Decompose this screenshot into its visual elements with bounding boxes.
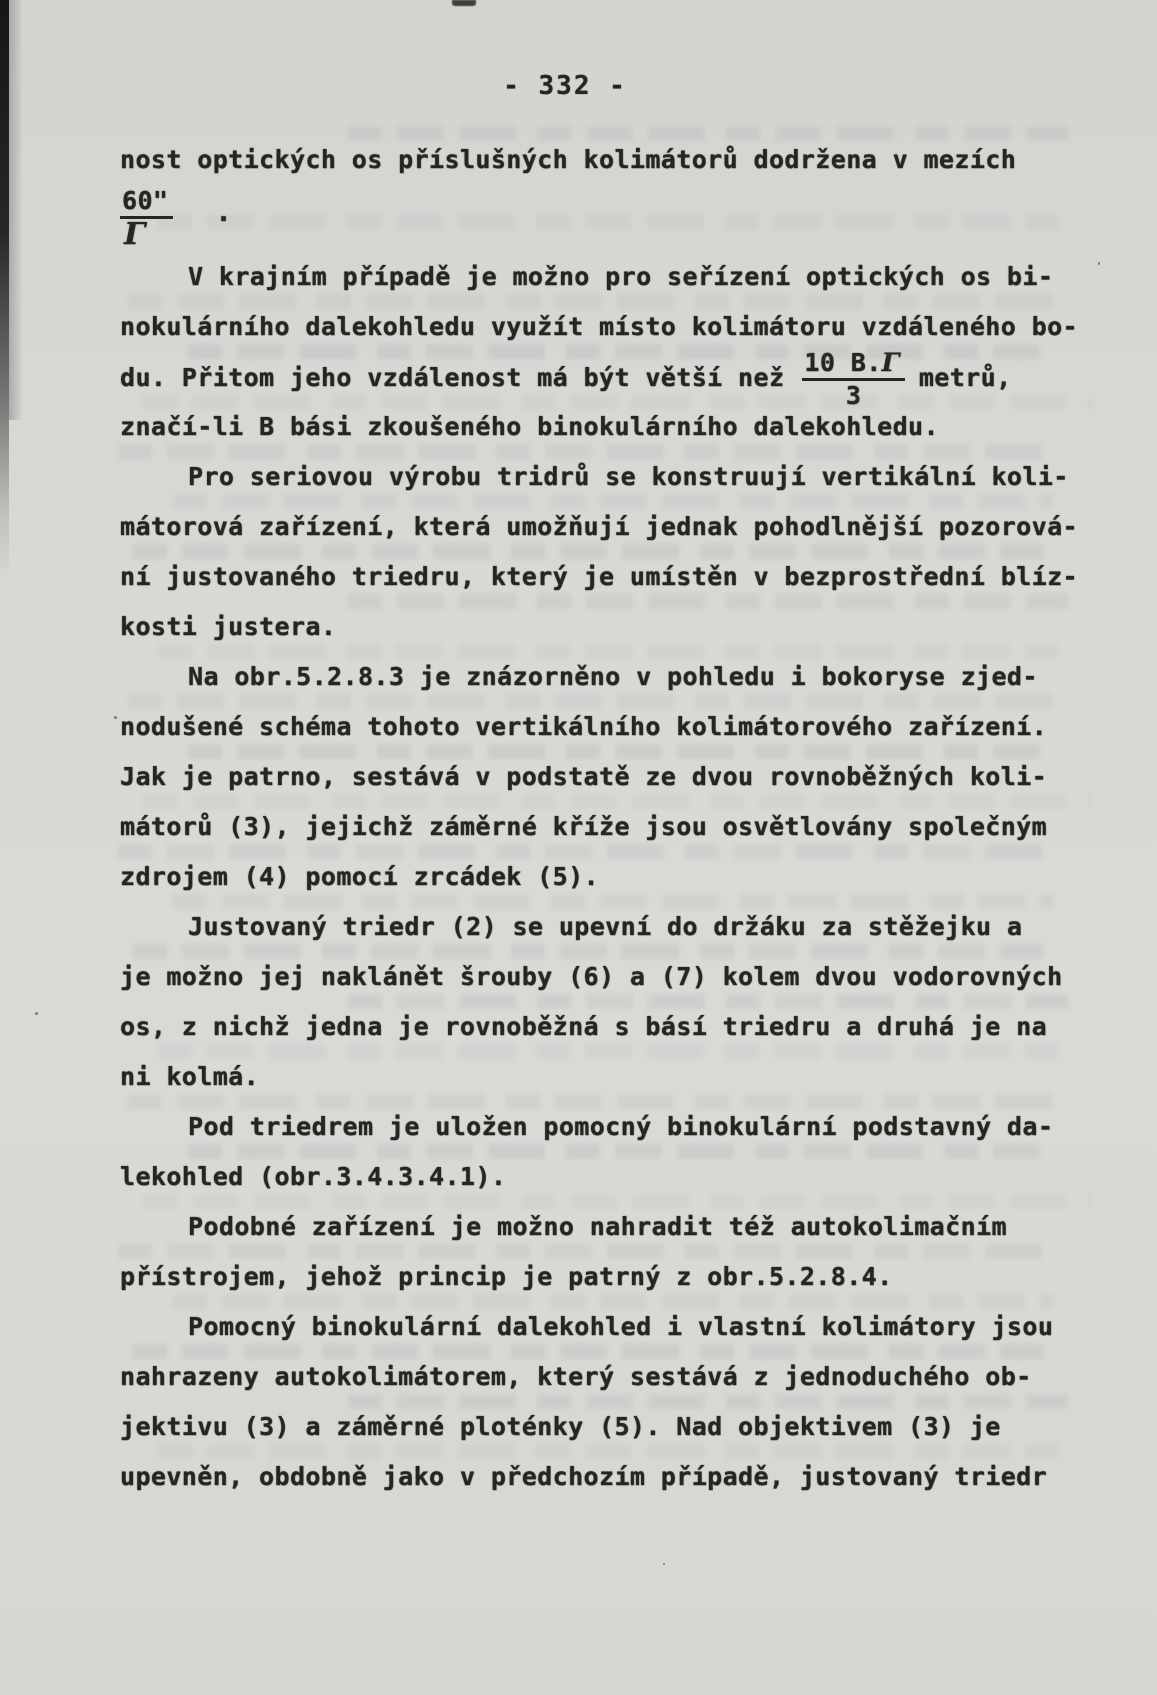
text-line: zdrojem (4) pomocí zrcádek (5). <box>120 852 1100 902</box>
paragraph: 60"Γ. <box>120 185 1100 252</box>
scanned-page: - 332 - nost optických os příslušných ko… <box>0 0 1157 1695</box>
text-line: ni kolmá. <box>120 1052 1100 1102</box>
text-line: 60"Γ. <box>120 185 1100 252</box>
text-line: Pod triedrem je uložen pomocný binokulár… <box>120 1102 1100 1152</box>
paragraph: Podobné zařízení je možno nahradit též a… <box>120 1202 1100 1302</box>
text-line: Justovaný triedr (2) se upevní do držáku… <box>120 902 1100 952</box>
text-line: Jak je patrno, sestává v podstatě ze dvo… <box>120 752 1100 802</box>
paragraph: Justovaný triedr (2) se upevní do držáku… <box>120 902 1100 1102</box>
text-line: kosti justera. <box>120 602 1100 652</box>
text-line: nost optických os příslušných kolimátorů… <box>120 135 1100 185</box>
paragraph: Pod triedrem je uložen pomocný binokulár… <box>120 1102 1100 1202</box>
scan-mark <box>452 0 476 6</box>
text-line: nodušené schéma tohoto vertikálního koli… <box>120 702 1100 752</box>
text-line: os, z nichž jedna je rovnoběžná s básí t… <box>120 1002 1100 1052</box>
text-line: upevněn, obdobně jako v předchozím přípa… <box>120 1452 1100 1502</box>
text-line: nokulárního dalekohledu využít místo kol… <box>120 302 1100 352</box>
formula-text-before: du. Přitom jeho vzdálenost má být větší … <box>120 363 784 392</box>
fraction: 60"Γ <box>120 188 173 249</box>
paper-speck <box>114 716 117 719</box>
fraction-denominator: 3 <box>846 381 861 409</box>
paragraph: Na obr.5.2.8.3 je znázorněno v pohledu i… <box>120 652 1100 902</box>
fraction: 10 B.Γ3 <box>802 350 904 409</box>
paper-speck <box>35 1012 38 1015</box>
text-line: Podobné zařízení je možno nahradit též a… <box>120 1202 1100 1252</box>
text-line: mátorová zařízení, která umožňují jednak… <box>120 502 1100 552</box>
text-line: nahrazeny autokolimátorem, který sestává… <box>120 1352 1100 1402</box>
text-line: Pomocný binokulární dalekohled i vlastní… <box>120 1302 1100 1352</box>
text-line: ní justovaného triedru, který je umístěn… <box>120 552 1100 602</box>
scan-edge-shadow <box>9 0 23 420</box>
text-line: jektivu (3) a záměrné ploténky (5). Nad … <box>120 1402 1100 1452</box>
text-line: je možno jej naklánět šrouby (6) a (7) k… <box>120 952 1100 1002</box>
paragraph: V krajním případě je možno pro seřízení … <box>120 252 1100 452</box>
text-line: du. Přitom jeho vzdálenost má být větší … <box>120 352 1100 402</box>
paragraph: nost optických os příslušných kolimátorů… <box>120 135 1100 185</box>
text-line: přístrojem, jehož princip je patrný z ob… <box>120 1252 1100 1302</box>
fraction-numerator: 10 B.Γ <box>802 350 904 381</box>
gamma-symbol: Γ <box>882 348 900 377</box>
text-line: lekohled (obr.3.4.3.4.1). <box>120 1152 1100 1202</box>
gamma-symbol: Γ <box>124 217 146 252</box>
formula-text-after: metrů, <box>919 363 1012 392</box>
text-line: V krajním případě je možno pro seřízení … <box>120 252 1100 302</box>
text-line: Na obr.5.2.8.3 je znázorněno v pohledu i… <box>120 652 1100 702</box>
text-line: Pro seriovou výrobu tridrů se konstruují… <box>120 452 1100 502</box>
text-line: mátorů (3), jejichž záměrné kříže jsou o… <box>120 802 1100 852</box>
fraction-numerator: 60" <box>120 188 173 219</box>
period: . <box>215 197 232 228</box>
paragraph: Pro seriovou výrobu tridrů se konstruují… <box>120 452 1100 652</box>
text-column: nost optických os příslušných kolimátorů… <box>120 135 1100 1502</box>
paper-speck <box>663 1563 665 1565</box>
fraction-denominator: Γ <box>120 219 146 249</box>
paragraph: Pomocný binokulární dalekohled i vlastní… <box>120 1302 1100 1502</box>
text-line: značí-li B bási zkoušeného binokulárního… <box>120 402 1100 452</box>
page-number: - 332 - <box>0 70 1130 102</box>
